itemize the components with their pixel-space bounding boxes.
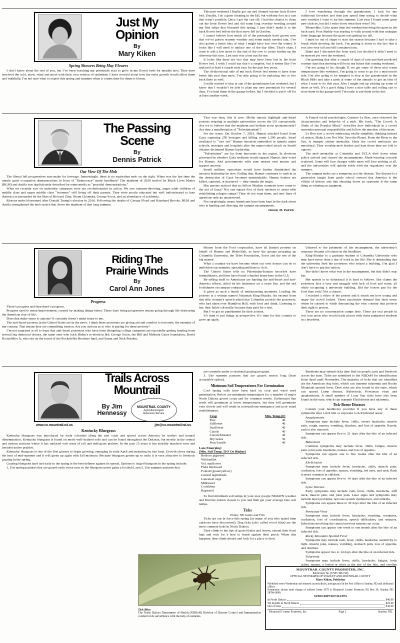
- crop-temp: 40: [282, 441, 285, 445]
- paragraph: The United States tells us Palestinian-I…: [199, 270, 296, 278]
- soil-temp-intro: Cool spring soils have been hard on crop…: [199, 389, 296, 413]
- paragraph: Not surprisingly, many Americans have be…: [199, 200, 296, 208]
- feature-title: Riding The Prairie Winds By Carol Ann Jo…: [85, 254, 189, 293]
- byline-author: Carol Ann Jones: [85, 285, 189, 293]
- paragraph: Ticks are out in force this spring (as m…: [199, 517, 296, 529]
- newspaper-page: Just My Opinion By Mary Kiken Spring Sho…: [0, 0, 400, 643]
- masthead-postmaster-line: Postmaster: please send change of addres…: [268, 589, 394, 595]
- disease-symptoms: Common symptoms may include fever, chill…: [301, 445, 397, 453]
- paragraph: The di-directional side of my back flowe…: [199, 70, 296, 82]
- logo-line3: Extension Service: [131, 412, 176, 415]
- trails-headline: Kentucky Bluegrass: [2, 429, 195, 434]
- section-divider: [2, 243, 397, 244]
- subscription-rates: In North Dakota $40.00 Six months in Nor…: [268, 599, 394, 609]
- footer-city: Stanley, ND: [378, 611, 392, 614]
- feature-box-trails-mountrail: Trails Across Mountrail By Jim Hennessy …: [34, 372, 193, 422]
- paragraph: Duke and I discussed the front yard, but…: [301, 50, 397, 58]
- section-trails-mountrail: Trails Across Mountrail By Jim Hennessy …: [0, 370, 400, 641]
- tick-photo-caption: Tick Bites The North Dakota Department o…: [138, 608, 261, 629]
- disease-symptoms: Early symptoms may include rash, fever, …: [301, 490, 397, 502]
- soil-temp-table: Crop Min. Temp.(F) Flax 40 Safflower 40: [210, 415, 286, 445]
- byline-row: By Jim Hennessy MOUNTRAIL COUNTY Agricul…: [85, 398, 189, 422]
- passing-column-1: The Passing Scene By Dennis Patrick Our …: [2, 116, 195, 241]
- paragraph: The mob mentality at Columbia and UCLA d…: [301, 152, 397, 172]
- masthead-footer: Mountrail County Promoter, Inc. Page 2 S…: [268, 609, 394, 613]
- paragraph: Israeli military operations would have f…: [199, 168, 296, 184]
- trails-column-3: Residents may submit ticks they find on …: [301, 370, 397, 566]
- disease-symptoms: Symptoms may include fever, headache, vo…: [301, 514, 397, 526]
- dot-leader: [300, 604, 385, 605]
- paragraph: Kentucky bluegrass is one of the first g…: [2, 450, 195, 462]
- footer-page-number: Page 2: [339, 611, 347, 614]
- disease-onset: Symptoms appear two to 14 days after the…: [301, 551, 397, 555]
- feature-title-line2: Scene: [85, 135, 189, 148]
- byline-author-name: Hennessy: [97, 410, 127, 417]
- section-just-my-opinion: Just My Opinion By Mary Kiken Spring Sho…: [0, 10, 400, 111]
- paragraph: Riotous mobs blossomed after Donald Trum…: [2, 199, 195, 207]
- disease-onset: Symptoms can appear five to 21 days afte…: [301, 432, 397, 440]
- disease-entries: Anaplasmosis Symptoms may include fever,…: [301, 416, 397, 566]
- paragraph: “Palestinians” are far from innocents in…: [199, 152, 296, 168]
- dot-leader: [282, 607, 385, 608]
- feature-title: Just My Opinion By Mary Kiken: [85, 17, 189, 58]
- paragraph: Has anyone noticed that no fellow Muslim…: [199, 184, 296, 200]
- dennis-patrick-photo: [38, 121, 82, 166]
- section-prairie-winds: Riding The Prairie Winds By Carol Ann Jo…: [0, 246, 400, 364]
- paragraph: What we recently saw on university campu…: [2, 187, 195, 199]
- prairie-column-3: Ushered to the perimeter of the encampme…: [301, 246, 397, 364]
- paragraph: I watched a video of the protest and it …: [301, 294, 397, 310]
- feature-title-line1: Riding The: [85, 254, 189, 266]
- disease-onset: Symptoms can appear three to 32 days aft…: [301, 502, 397, 510]
- tick-photo-illustration: [139, 555, 260, 605]
- paragraph: King-Slutzky is a graduate student at Co…: [301, 254, 397, 270]
- headshot-illustration: [39, 15, 82, 59]
- late-emerging-subheading: (Min. Soil Temp. 50 F Or Higher): [199, 450, 296, 454]
- mary-kiken-photo: [38, 15, 82, 60]
- dot-leader: [287, 601, 385, 602]
- website-link: www.co.mountrail.nd.us: [36, 424, 73, 428]
- feature-title-line2: Opinion: [85, 29, 189, 42]
- paragraph: I cannot believe how much all of the per…: [199, 34, 296, 58]
- section-passing-scene: The Passing Scene By Dennis Patrick Our …: [0, 116, 400, 241]
- disease-onset: Symptoms can appear five to 14 days afte…: [301, 477, 397, 485]
- paragraph: The anti-Israel protests in the United S…: [2, 321, 195, 329]
- disease-onset: Symptoms can appear one to five weeks af…: [301, 453, 397, 461]
- paragraph: They climb to the tips of grass blades a…: [199, 529, 296, 541]
- disease-symptoms: Symptoms may include rash, fever, chills…: [301, 539, 397, 551]
- paragraph: Kentucky bluegrass was introduced by ear…: [2, 434, 195, 450]
- masthead-publisher: Mary Kiken, Publisher: [268, 579, 394, 582]
- rate-row: Out of State $45.00: [268, 605, 394, 608]
- section-divider: [2, 366, 397, 367]
- feature-box-passing-scene: The Passing Scene By Dennis Patrick: [34, 118, 193, 168]
- disease-symptoms: Symptoms may include fever, chills, head…: [301, 559, 397, 566]
- paragraph: The liberal left progressives sure make …: [2, 175, 195, 187]
- paragraph: The campus mobs are a symptom, not the d…: [301, 172, 397, 188]
- feature-title: The Passing Scene By Dennis Patrick: [85, 123, 189, 164]
- paragraph: This past weekend I finally got out and …: [199, 10, 296, 34]
- footer-paper-name: Mountrail County Promoter, Inc.: [269, 611, 307, 614]
- tick-surveillance-intro: Residents may submit ticks they find on …: [301, 370, 397, 402]
- headshot-illustration: [39, 121, 82, 165]
- paragraph: Set the scene. On October 7, 2023, Hamas…: [199, 132, 296, 152]
- headshot-illustration: [39, 251, 82, 295]
- contact-line: www.co.mountrail.nd.us jim@co.mountrail.…: [36, 424, 191, 428]
- byline-author: By Jim Hennessy: [97, 403, 127, 417]
- feature-title-line1: Trails Across: [85, 372, 189, 384]
- opinion-column-2: This past weekend I finally got out and …: [199, 10, 296, 111]
- feature-title-line2: Mountrail: [85, 384, 189, 396]
- opinion-column-1: Just My Opinion By Mary Kiken Spring Sho…: [2, 10, 195, 111]
- carol-ann-jones-photo: [38, 251, 82, 296]
- disease-symptoms: Symptoms may include fever, headache, ch…: [301, 465, 397, 477]
- paragraph: She didn’t know what was in the encampme…: [301, 270, 397, 278]
- passing-headline: Our View Of The Mob: [2, 170, 195, 175]
- paragraph: A French social psychologist, Gustave Le…: [301, 116, 397, 132]
- paragraph: Progress used to mean improvement, creat…: [2, 309, 195, 317]
- masthead-box: MOUNTRAIL COUNTY PROMOTER, INC. Publicat…: [265, 566, 396, 630]
- feature-box-prairie-winds: Riding The Prairie Winds By Carol Ann Jo…: [34, 248, 193, 298]
- weed-item: Ragweed: [199, 489, 296, 493]
- mountrail-county-logo: MOUNTRAIL COUNTY Agricultural Agent Exte…: [131, 398, 177, 422]
- prairie-column-1: Riding The Prairie Winds By Carol Ann Jo…: [2, 246, 195, 364]
- prairie-headline: Progress.: [2, 300, 195, 305]
- paragraph: I love wandering through the greenhouses…: [301, 10, 397, 26]
- byline-author: Mary Kiken: [85, 50, 189, 58]
- paragraph: I don’t know about the rest of you, but …: [2, 69, 195, 81]
- opinion-headline: Spring Showers Bring May Flowers: [2, 64, 195, 69]
- paragraph: 1. Use spring pastures that are grazed e…: [2, 466, 195, 470]
- rate-label: Out of State: [268, 605, 282, 608]
- headshot-illustration: [39, 375, 82, 419]
- feature-title: Trails Across Mountrail By Jim Hennessy …: [85, 372, 189, 422]
- paragraph: I’m guessing that after a couple of days…: [301, 58, 397, 66]
- prairie-column-2: Money from the Ford corporation, have al…: [199, 246, 296, 364]
- paragraph: I must be out of shape to start the seas…: [301, 38, 397, 50]
- paragraph: I’m not going to lie, though. If we get …: [301, 66, 397, 94]
- paragraph: By selling stuff so Americans are fundin…: [199, 278, 296, 290]
- section-divider: [2, 113, 397, 114]
- opinion-col1-paragraphs: I don’t know about the rest of you, but …: [2, 69, 195, 81]
- ndawn-paragraph: To find minimum soil temps in your area …: [199, 494, 296, 506]
- byline-author: Dennis Patrick: [85, 156, 189, 164]
- paragraph: There are no concentration camps here. T…: [301, 310, 397, 322]
- disease-onset: Symptoms can appear one week to one mont…: [301, 526, 397, 534]
- feature-title-line2: Prairie Winds: [85, 265, 189, 277]
- paragraph: Meanwhile, I also spent time last weeken…: [301, 26, 397, 38]
- paragraph: What a country we have become when our o…: [199, 262, 296, 270]
- paragraph: That was then, this is now. Media report…: [199, 116, 296, 132]
- consult-provider-note: Consult your healthcare provider if you …: [301, 408, 397, 416]
- tick-diseases-heading: Tick-Borne Diseases: [301, 403, 397, 407]
- rate-price: $45.00: [386, 605, 394, 608]
- paragraph: I’m not surprised at all to learn that a…: [2, 329, 195, 341]
- paragraph: Ushered to the perimeter of the encampme…: [301, 246, 397, 254]
- table-row: Peas/Lentils 40: [210, 441, 286, 445]
- feature-box-just-my-opinion: Just My Opinion By Mary Kiken: [34, 12, 193, 62]
- caption-text: The North Dakota Department of Health (N…: [138, 612, 261, 619]
- passing-column-2: That was then, this is now. Media report…: [199, 116, 296, 241]
- jim-hennessy-photo: [38, 375, 82, 420]
- opinion-column-3: I love wandering through the greenhouses…: [301, 10, 397, 111]
- grazing-options-list: are currently under a rotational grazing…: [199, 370, 296, 382]
- author-signature: Dennis M. Patrick: [199, 209, 294, 213]
- late-emerging-list: Redroot pigweedWild milletVol. sunflower…: [199, 454, 296, 493]
- paragraph: Le Bon saw a crowd embracing totally sim…: [301, 132, 397, 152]
- disease-symptoms: Symptoms may include fever, chills, seve…: [301, 420, 397, 432]
- top-rule: [2, 8, 397, 9]
- paragraph: It looks like there are two that may hav…: [199, 58, 296, 70]
- paragraph: Her speech is so delusional it is hard t…: [301, 278, 397, 294]
- email-link: jim@co.mountrail.nd.us: [155, 424, 191, 428]
- passing-column-3: A French social psychologist, Gustave Le…: [301, 116, 397, 241]
- ticks-heading: Ticks: [199, 508, 296, 512]
- paragraph: Money from the Ford corporation, have al…: [199, 246, 296, 262]
- crop-name: Peas/Lentils: [210, 441, 226, 445]
- paragraph: It gives us such a bunch of embarrassing…: [199, 290, 296, 310]
- paragraph: I really wanted to stop at one of the gr…: [199, 82, 296, 98]
- tick-photo: [138, 554, 261, 606]
- list-item: 3. Use summer pastures that are grazed s…: [199, 374, 296, 382]
- paragraph: It’s time to put things in perspective. …: [199, 314, 296, 322]
- soil-temp-heading: Minimum Soil Temperatures For Germinatio…: [199, 384, 296, 388]
